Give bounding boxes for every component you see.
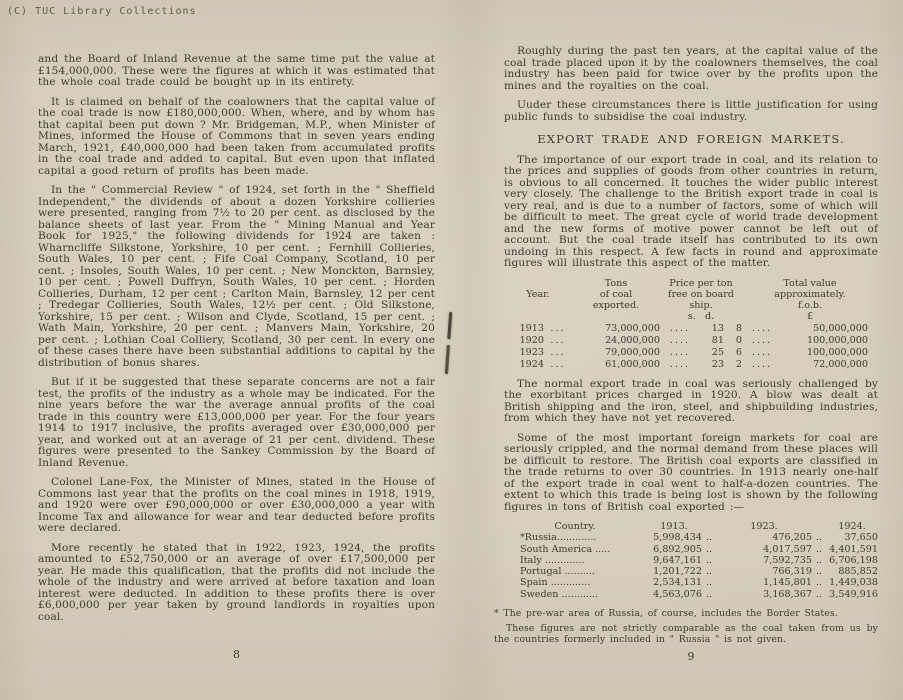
footnote-russia: * The pre-war area of Russia, of course,…: [494, 608, 878, 619]
paragraph: and the Board of Inland Revenue at the s…: [38, 54, 435, 89]
header-1923: 1923.: [716, 521, 812, 532]
cell-year: 1924: [504, 359, 544, 370]
leader-dots: ....: [660, 323, 700, 334]
cell-year: 1923: [504, 347, 544, 358]
table-row: 1923 ... 79,000,000 .... 25 6 .... 100,0…: [504, 347, 878, 358]
table-row: Italy ............. 9,647,161 .. 7,592,7…: [504, 555, 878, 566]
leader-dots: ....: [660, 359, 700, 370]
cell-total: 100,000,000: [782, 335, 868, 346]
leader-dots: ..: [812, 532, 826, 543]
cell-shillings: 23: [700, 359, 724, 370]
leader-dots: ....: [742, 347, 782, 358]
leader-dots: ....: [742, 359, 782, 370]
country-table: Country. 1913. 1923. 1924. *Russia......…: [504, 521, 878, 600]
paragraph: The importance of our export trade in co…: [504, 155, 878, 270]
cell-pence: 8: [724, 323, 742, 334]
leader-dots: ..: [702, 577, 716, 588]
leader-dots: ..: [812, 566, 826, 577]
export-header-year: Year.: [504, 278, 572, 322]
table-row: Sweden ............ 4,563,076 .. 3,168,3…: [504, 589, 878, 600]
cell-country: Sweden ............: [504, 589, 646, 600]
table-row: Spain ............. 2,534,131 .. 1,145,8…: [504, 577, 878, 588]
paragraph: More recently he stated that in 1922, 19…: [38, 543, 435, 624]
leader-dots: ..: [812, 577, 826, 588]
paragraph: But if it be suggested that these separa…: [38, 377, 435, 469]
cell-1913: 5,998,434: [646, 532, 702, 543]
cell-country: Spain .............: [504, 577, 646, 588]
leader-dots: ....: [660, 347, 700, 358]
paragraph: The normal export trade in coal was seri…: [504, 379, 878, 425]
table-row: *Russia............. 5,998,434 .. 476,20…: [504, 532, 878, 543]
cell-1923: 4,017,597: [716, 544, 812, 555]
cell-1913: 2,534,131: [646, 577, 702, 588]
cell-pence: 0: [724, 335, 742, 346]
footnote-comparability: These figures are not strictly comparabl…: [494, 623, 878, 645]
cell-1913: 4,563,076: [646, 589, 702, 600]
cell-year: 1920: [504, 335, 544, 346]
cell-pence: 2: [724, 359, 742, 370]
cell-tons: 79,000,000: [572, 347, 660, 358]
page-right: Roughly during the past ten years, at th…: [504, 46, 878, 649]
leader-dots: ..: [812, 544, 826, 555]
paragraph: Some of the most important foreign marke…: [504, 433, 878, 514]
export-table-header: Year. Tons of coal exported. Price per t…: [504, 278, 878, 322]
cell-1923: 476,205: [716, 532, 812, 543]
cell-tons: 73,000,000: [572, 323, 660, 334]
leader-dots: ..: [702, 555, 716, 566]
cell-country: Portugal ..........: [504, 566, 646, 577]
leader-dots: ...: [544, 347, 572, 358]
staple: [442, 312, 454, 376]
table-row: Portugal .......... 1,201,722 .. 766,319…: [504, 566, 878, 577]
paragraph: Colonel Lane-Fox, the Minister of Mines,…: [38, 477, 435, 535]
country-table-header: Country. 1913. 1923. 1924.: [504, 521, 878, 532]
cell-1913: 1,201,722: [646, 566, 702, 577]
leader-dots: ..: [812, 589, 826, 600]
leader-dots: ....: [660, 335, 700, 346]
center-fold-shadow: [430, 0, 510, 700]
staple-bottom-leg: [445, 345, 450, 374]
table-row: 1913 ... 73,000,000 .... 13 8 .... 50,00…: [504, 323, 878, 334]
cell-shillings: 25: [700, 347, 724, 358]
cell-1924: 1,449,038: [826, 577, 878, 588]
cell-year: 1913: [504, 323, 544, 334]
leader-dots: ...: [544, 335, 572, 346]
leader-dots: ....: [742, 335, 782, 346]
cell-total: 100,000,000: [782, 347, 868, 358]
library-watermark: (C) TUC Library Collections: [7, 6, 197, 17]
section-heading: EXPORT TRADE AND FOREIGN MARKETS.: [504, 134, 878, 146]
cell-total: 72,000,000: [782, 359, 868, 370]
header-1913: 1913.: [646, 521, 702, 532]
page-number-8: 8: [38, 648, 435, 661]
cell-1924: 4,401,591: [826, 544, 878, 555]
cell-1923: 766,319: [716, 566, 812, 577]
leader-dots: ..: [812, 555, 826, 566]
leader-dots: ..: [702, 566, 716, 577]
cell-1924: 37,650: [826, 532, 878, 543]
leader-dots: ..: [702, 589, 716, 600]
cell-1923: 7,592,735: [716, 555, 812, 566]
country-header: Country.: [504, 521, 646, 532]
cell-1923: 3,168,367: [716, 589, 812, 600]
paragraph: It is claimed on behalf of the coalowner…: [38, 97, 435, 178]
cell-shillings: 13: [700, 323, 724, 334]
cell-tons: 24,000,000: [572, 335, 660, 346]
paragraph: Uuder these circumstances there is littl…: [504, 100, 878, 123]
cell-country: *Russia.............: [504, 532, 646, 543]
cell-total: 50,000,000: [782, 323, 868, 334]
export-table: Year. Tons of coal exported. Price per t…: [504, 278, 878, 370]
page-left: and the Board of Inland Revenue at the s…: [38, 54, 435, 631]
cell-1913: 9,647,161: [646, 555, 702, 566]
cell-1924: 3,549,916: [826, 589, 878, 600]
leader-dots: ...: [544, 323, 572, 334]
cell-1924: 885,852: [826, 566, 878, 577]
export-header-total: Total value approximately. f.o.b. £: [742, 278, 878, 322]
header-1924: 1924.: [826, 521, 878, 532]
cell-tons: 61,000,000: [572, 359, 660, 370]
scanned-booklet: { "watermark": "(C) TUC Library Collecti…: [0, 0, 903, 700]
leader-dots: ...: [544, 359, 572, 370]
table-row: South America ..... 6,892,905 .. 4,017,5…: [504, 544, 878, 555]
cell-country: Italy .............: [504, 555, 646, 566]
table-row: 1920 ... 24,000,000 .... 81 0 .... 100,0…: [504, 335, 878, 346]
page-number-9: 9: [504, 650, 878, 663]
leader-dots: ....: [742, 323, 782, 334]
export-header-price: Price per ton free on board ship. s. d.: [660, 278, 742, 322]
cell-pence: 6: [724, 347, 742, 358]
cell-1924: 6,706,198: [826, 555, 878, 566]
paragraph: Roughly during the past ten years, at th…: [504, 46, 878, 92]
cell-1913: 6,892,905: [646, 544, 702, 555]
leader-dots: ..: [702, 544, 716, 555]
cell-country: South America .....: [504, 544, 646, 555]
leader-dots: ..: [702, 532, 716, 543]
paragraph: In the " Commercial Review " of 1924, se…: [38, 185, 435, 369]
table-row: 1924 ... 61,000,000 .... 23 2 .... 72,00…: [504, 359, 878, 370]
export-header-tons: Tons of coal exported.: [572, 278, 660, 322]
staple-top-leg: [447, 312, 451, 339]
cell-1923: 1,145,801: [716, 577, 812, 588]
cell-shillings: 81: [700, 335, 724, 346]
